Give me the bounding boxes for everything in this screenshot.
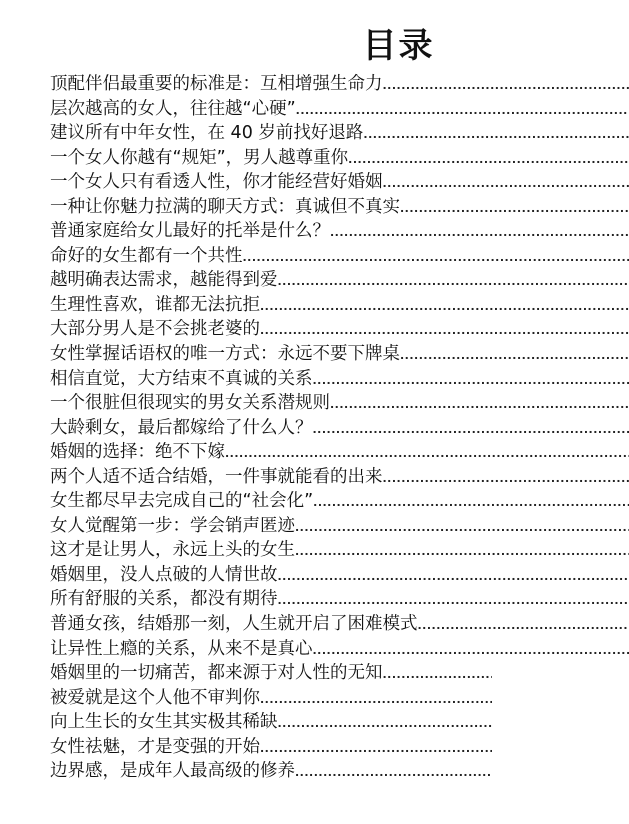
toc-entry[interactable]: 女性掌握话语权的唯一方式：永远不要下牌桌....................… <box>50 342 629 367</box>
dot-leader: ........................................… <box>313 639 629 662</box>
toc-entry[interactable]: 大龄剩女，最后都嫁给了什么人？.........................… <box>50 416 629 441</box>
toc-entry-label: 两个人适不适合结婚，一件事就能看的出来 <box>50 465 383 489</box>
toc-entry[interactable]: 一个女人你越有“规矩”，男人越尊重你......................… <box>50 146 629 171</box>
dot-leader: ........................................… <box>400 344 629 367</box>
toc-entry-label: 生理性喜欢，谁都无法抗拒 <box>50 293 260 317</box>
toc-entry[interactable]: 向上生长的女生其实极其稀缺...........................… <box>50 710 492 735</box>
toc-entry-label: 普通女孩，结婚那一刻，人生就开启了困难模式 <box>50 612 418 636</box>
toc-entry[interactable]: 女生都尽早去完成自己的“社会化”........................… <box>50 489 629 514</box>
toc-entry[interactable]: 所有舒服的关系，都没有期待...........................… <box>50 587 629 612</box>
toc-entry-label: 层次越高的女人，往往越“心硬” <box>50 97 296 121</box>
toc-entry[interactable]: 被爱就是这个人他不审判你............................… <box>50 686 492 711</box>
toc-entry[interactable]: 建议所有中年女性，在 40 岁前找好退路....................… <box>50 121 629 146</box>
toc-entry-label: 婚姻里，没人点破的人情世故 <box>50 563 278 587</box>
toc-entry-label: 边界感，是成年人最高级的修养 <box>50 759 295 783</box>
toc-entry-label: 一种让你魅力拉满的聊天方式：真诚但不真实 <box>50 195 400 219</box>
toc-entry[interactable]: 婚姻里，没人点破的人情世故...........................… <box>50 563 629 588</box>
toc-entry-label: 女人觉醒第一步：学会销声匿迹 <box>50 514 295 538</box>
toc-entry[interactable]: 命好的女生都有一个共性.............................… <box>50 244 629 269</box>
dot-leader: ........................................… <box>225 442 629 465</box>
toc-entry-label: 一个女人你越有“规矩”，男人越尊重你 <box>50 146 348 170</box>
toc-entry-label: 大龄剩女，最后都嫁给了什么人？ <box>50 416 313 440</box>
toc-entry[interactable]: 生理性喜欢，谁都无法抗拒............................… <box>50 293 629 318</box>
dot-leader: ........................................… <box>260 319 629 342</box>
dot-leader: ........................................… <box>295 516 629 539</box>
toc-entry[interactable]: 这才是让男人，永远上头的女生..........................… <box>50 538 629 563</box>
toc-entry-label: 一个很脏但很现实的男女关系潜规则 <box>50 391 330 415</box>
toc-entry-label: 女生都尽早去完成自己的“社会化” <box>50 489 313 513</box>
toc-entry-label: 大部分男人是不会挑老婆的 <box>50 317 260 341</box>
toc-entry-label: 女性掌握话语权的唯一方式：永远不要下牌桌 <box>50 342 400 366</box>
toc-entry-label: 相信直觉，大方结束不真诚的关系 <box>50 367 313 391</box>
toc-entry-label: 建议所有中年女性，在 40 岁前找好退路 <box>50 121 363 145</box>
toc-entry-label: 向上生长的女生其实极其稀缺 <box>50 710 278 734</box>
toc-entry[interactable]: 一种让你魅力拉满的聊天方式：真诚但不真实....................… <box>50 195 629 220</box>
dot-leader: ........................................… <box>296 99 629 122</box>
toc-entry[interactable]: 越明确表达需求，越能得到爱...........................… <box>50 268 629 293</box>
dot-leader: ........................................… <box>313 369 629 392</box>
toc-entry[interactable]: 顶配伴侣最重要的标准是：互相增强生命力.....................… <box>50 72 629 97</box>
toc-entry-label: 婚姻里的一切痛苦，都来源于对人性的无知 <box>50 661 383 685</box>
toc-entry-label: 普通家庭给女儿最好的托举是什么？ <box>50 219 330 243</box>
dot-leader: ........................................… <box>400 197 629 220</box>
dot-leader: ........................................… <box>278 712 493 735</box>
dot-leader: ........................................… <box>348 148 629 171</box>
dot-leader: ........................................… <box>363 123 629 146</box>
toc-entry-label: 命好的女生都有一个共性 <box>50 244 243 268</box>
dot-leader: ........................................… <box>295 540 629 563</box>
toc-entry[interactable]: 婚姻的选择：绝不下嫁..............................… <box>50 440 629 465</box>
toc-entry-label: 所有舒服的关系，都没有期待 <box>50 587 278 611</box>
dot-leader: ........................................… <box>313 418 629 441</box>
toc-entry-label: 顶配伴侣最重要的标准是：互相增强生命力 <box>50 72 383 96</box>
dot-leader: ........................................… <box>278 270 629 293</box>
dot-leader: ........................................… <box>383 663 493 686</box>
toc-entry[interactable]: 女人觉醒第一步：学会销声匿迹..........................… <box>50 514 629 539</box>
table-of-contents: 顶配伴侣最重要的标准是：互相增强生命力.....................… <box>50 72 629 784</box>
toc-entry[interactable]: 女性祛魅，才是变强的开始............................… <box>50 735 492 760</box>
dot-leader: ........................................… <box>260 295 629 318</box>
dot-leader: ........................................… <box>330 393 629 416</box>
dot-leader: ........................................… <box>383 172 629 195</box>
toc-entry-label: 这才是让男人，永远上头的女生 <box>50 538 295 562</box>
dot-leader: ........................................… <box>313 491 629 514</box>
toc-entry-label: 让异性上瘾的关系，从来不是真心 <box>50 637 313 661</box>
toc-entry[interactable]: 婚姻里的一切痛苦，都来源于对人性的无知.....................… <box>50 661 492 686</box>
dot-leader: ........................................… <box>260 688 492 711</box>
dot-leader: ........................................… <box>278 589 629 612</box>
dot-leader: ........................................… <box>278 565 629 588</box>
page-title: 目录 <box>0 22 629 70</box>
dot-leader: ........................................… <box>260 737 492 760</box>
toc-entry[interactable]: 边界感，是成年人最高级的修养..........................… <box>50 759 492 784</box>
toc-entry-label: 被爱就是这个人他不审判你 <box>50 686 260 710</box>
toc-entry-label: 女性祛魅，才是变强的开始 <box>50 735 260 759</box>
toc-entry[interactable]: 一个很脏但很现实的男女关系潜规则........................… <box>50 391 629 416</box>
toc-entry[interactable]: 两个人适不适合结婚，一件事就能看的出来.....................… <box>50 465 629 490</box>
dot-leader: ........................................… <box>418 614 629 637</box>
toc-entry[interactable]: 层次越高的女人，往往越“心硬”.........................… <box>50 97 629 122</box>
toc-entry[interactable]: 大部分男人是不会挑老婆的............................… <box>50 317 629 342</box>
dot-leader: ........................................… <box>383 74 629 97</box>
dot-leader: ........................................… <box>383 467 629 490</box>
toc-entry[interactable]: 普通女孩，结婚那一刻，人生就开启了困难模式...................… <box>50 612 629 637</box>
toc-entry[interactable]: 普通家庭给女儿最好的托举是什么？........................… <box>50 219 629 244</box>
toc-entry-label: 越明确表达需求，越能得到爱 <box>50 268 278 292</box>
dot-leader: ........................................… <box>295 761 492 784</box>
toc-entry[interactable]: 相信直觉，大方结束不真诚的关系.........................… <box>50 367 629 392</box>
toc-entry[interactable]: 一个女人只有看透人性，你才能经营好婚姻.....................… <box>50 170 629 195</box>
toc-entry-label: 婚姻的选择：绝不下嫁 <box>50 440 225 464</box>
toc-entry[interactable]: 让异性上瘾的关系，从来不是真心.........................… <box>50 637 629 662</box>
toc-entry-label: 一个女人只有看透人性，你才能经营好婚姻 <box>50 170 383 194</box>
dot-leader: ........................................… <box>243 246 629 269</box>
dot-leader: ........................................… <box>330 221 629 244</box>
